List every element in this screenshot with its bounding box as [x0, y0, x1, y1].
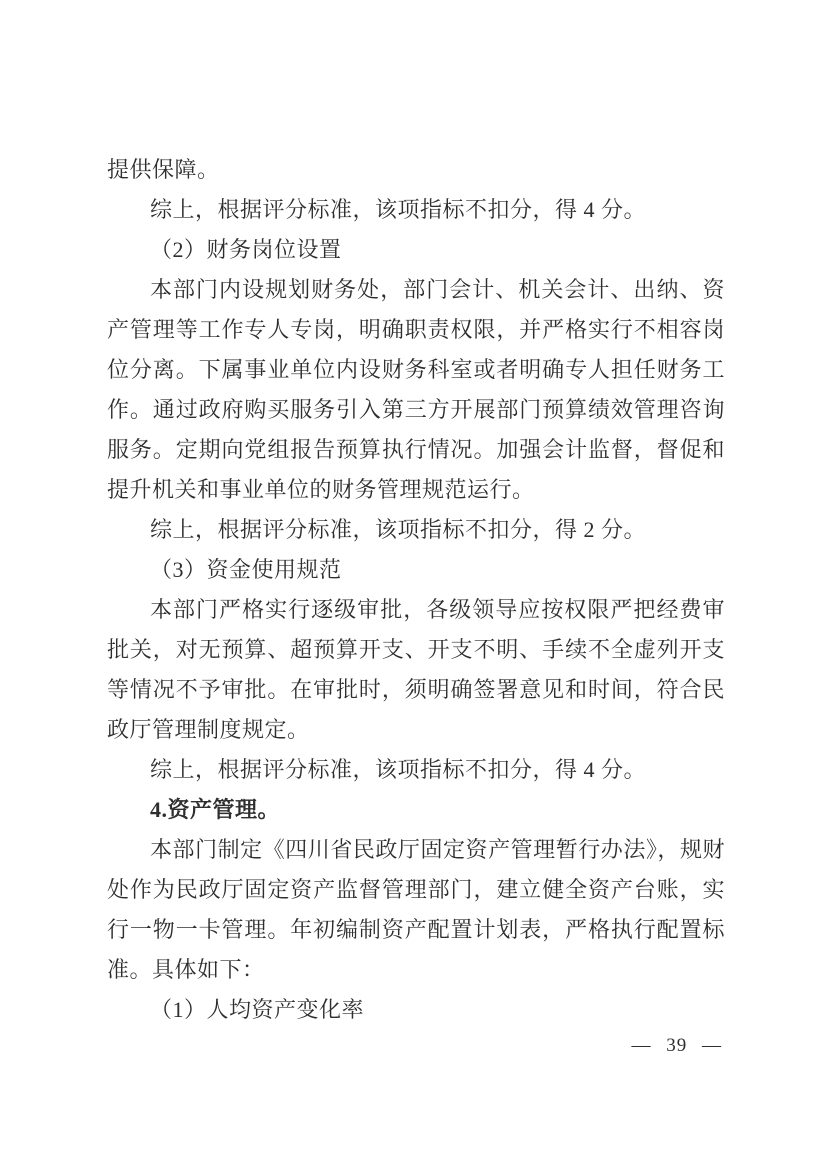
- section-heading-4: 4.资产管理。: [107, 790, 725, 830]
- paragraph-score-summary: 综上，根据评分标准，该项指标不扣分，得 4 分。: [107, 750, 725, 790]
- document-page: 提供保障。 综上，根据评分标准，该项指标不扣分，得 4 分。 （2）财务岗位设置…: [0, 0, 826, 1169]
- paragraph-body: 本部门内设规划财务处，部门会计、机关会计、出纳、资产管理等工作专人专岗，明确职责…: [107, 270, 725, 510]
- subsection-heading-2: （2）财务岗位设置: [107, 230, 725, 270]
- subsection-heading-3: （3）资金使用规范: [107, 550, 725, 590]
- subsection-heading-1: （1）人均资产变化率: [107, 990, 725, 1030]
- page-number: — 39 —: [632, 1034, 723, 1058]
- paragraph-body: 本部门制定《四川省民政厅固定资产管理暂行办法》，规财处作为民政厅固定资产监督管理…: [107, 830, 725, 990]
- paragraph-score-summary: 综上，根据评分标准，该项指标不扣分，得 2 分。: [107, 510, 725, 550]
- document-body: 提供保障。 综上，根据评分标准，该项指标不扣分，得 4 分。 （2）财务岗位设置…: [107, 150, 725, 1030]
- paragraph-continuation: 提供保障。: [107, 150, 725, 190]
- paragraph-body: 本部门严格实行逐级审批，各级领导应按权限严把经费审批关，对无预算、超预算开支、开…: [107, 590, 725, 750]
- paragraph-score-summary: 综上，根据评分标准，该项指标不扣分，得 4 分。: [107, 190, 725, 230]
